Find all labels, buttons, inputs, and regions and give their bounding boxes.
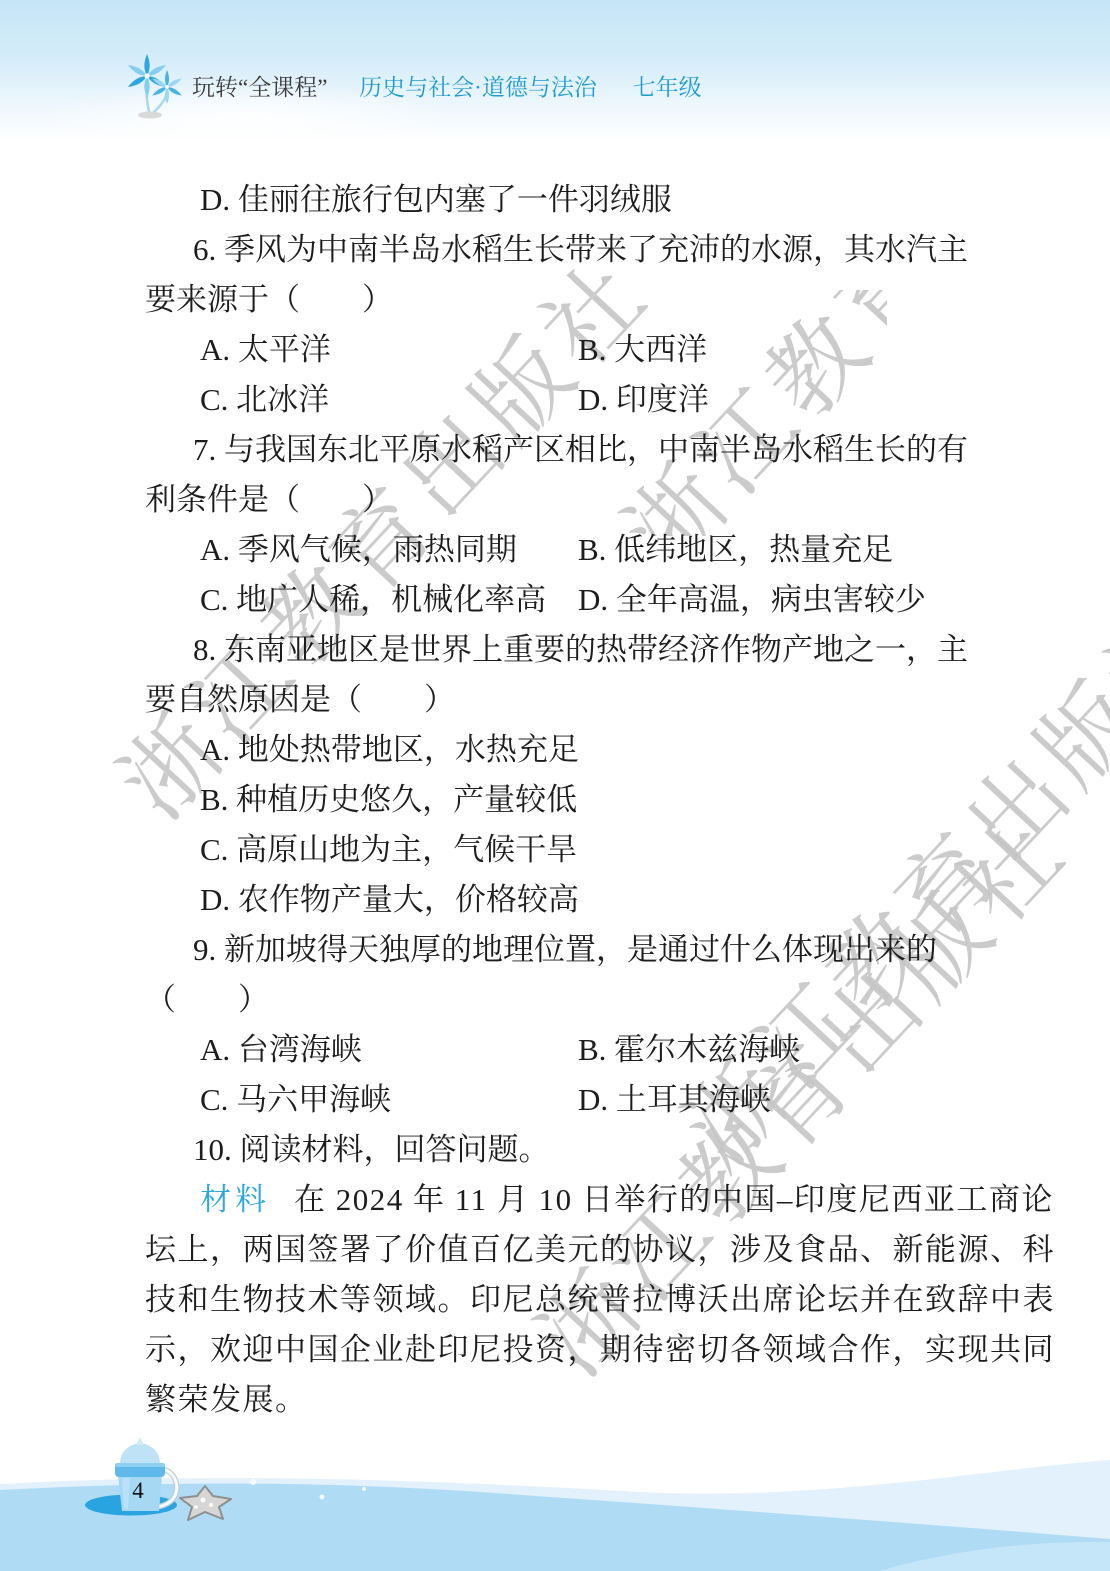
question-6-cont: 要来源于（ ） [145,275,969,325]
series-title: 玩转“全课程” [192,75,327,100]
options-9-cd: C. 马六甲海峡 D. 土耳其海峡 [145,1075,969,1125]
material-line-5: 繁荣发展。 [145,1375,969,1425]
options-6-ab: A. 太平洋 B. 大西洋 [145,325,969,375]
material-line-3: 技和生物技术等领域。印尼总统普拉博沃出席论坛并在致辞中表 [145,1275,969,1325]
textbook-page: 玩转“全课程” 历史与社会·道德与法治 七年级 浙江教育出版社 浙江教育出版社 … [0,0,1110,1571]
question-7: 7. 与我国东北平原水稻产区相比，中南半岛水稻生长的有 [145,425,969,475]
exercise-text-block: D. 佳丽往旅行包内塞了一件羽绒服 6. 季风为中南半岛水稻生长带来了充沛的水源… [145,175,969,1425]
material-label: 材料 [200,1182,270,1217]
question-7-cont: 利条件是（ ） [145,475,969,525]
material-line-4: 示，欢迎中国企业赴印尼投资，期待密切各领域合作，实现共同 [145,1325,969,1375]
option-7-a: A. 季风气候，雨热同期 [200,532,517,567]
sparkle-dot [362,1487,366,1491]
sparkle-dot [320,1495,325,1500]
option-8-a: A. 地处热带地区，水热充足 [145,725,969,775]
option-6-d: D. 印度洋 [578,375,709,425]
option-9-c: C. 马六甲海峡 [200,1082,391,1117]
option-8-b: B. 种植历史悠久，产量较低 [145,775,969,825]
option-7-d: D. 全年高温，病虫害较少 [578,575,926,625]
option-9-a: A. 台湾海峡 [200,1032,362,1067]
option-6-b: B. 大西洋 [578,325,707,375]
question-6: 6. 季风为中南半岛水稻生长带来了充沛的水源，其水汽主 [145,225,969,275]
question-8: 8. 东南亚地区是世界上重要的热带经济作物产地之一，主 [145,625,969,675]
question-9: 9. 新加坡得天独厚的地理位置，是通过什么体现出来的 [145,925,969,975]
page-number: 4 [132,1478,144,1503]
option-6-c: C. 北冰洋 [200,382,329,417]
option-8-c: C. 高原山地为主，气候干旱 [145,825,969,875]
material-intro: 材料在 2024 年 11 月 10 日举行的中国–印度尼西亚工商论 [145,1175,969,1225]
question-9-cont: （ ） [145,975,969,1025]
material-line-1: 在 2024 年 11 月 10 日举行的中国–印度尼西亚工商论 [294,1182,1054,1217]
question-10: 10. 阅读材料，回答问题。 [145,1125,969,1175]
option-7-b: B. 低纬地区，热量充足 [578,525,893,575]
subject-title: 历史与社会·道德与法治 [359,75,597,100]
material-line-2: 坛上，两国签署了价值百亿美元的协议，涉及食品、新能源、科 [145,1225,969,1275]
options-9-ab: A. 台湾海峡 B. 霍尔木兹海峡 [145,1025,969,1075]
sparkle-dot [250,1479,256,1485]
option-9-d: D. 土耳其海峡 [578,1075,771,1125]
options-6-cd: C. 北冰洋 D. 印度洋 [145,375,969,425]
options-7-cd: C. 地广人稀，机械化率高 D. 全年高温，病虫害较少 [145,575,969,625]
option-6-a: A. 太平洋 [200,332,331,367]
options-7-ab: A. 季风气候，雨热同期 B. 低纬地区，热量充足 [145,525,969,575]
option-9-b: B. 霍尔木兹海峡 [578,1025,800,1075]
question-8-cont: 要自然原因是（ ） [145,675,969,725]
grade-label: 七年级 [633,75,702,100]
option-7-c: C. 地广人稀，机械化率高 [200,582,546,617]
footer-wave-graphic: 4 [0,1420,1110,1571]
option-5d: D. 佳丽往旅行包内塞了一件羽绒服 [145,175,969,225]
option-8-d: D. 农作物产量大，价格较高 [145,875,969,925]
page-header: 玩转“全课程” 历史与社会·道德与法治 七年级 [192,75,702,101]
